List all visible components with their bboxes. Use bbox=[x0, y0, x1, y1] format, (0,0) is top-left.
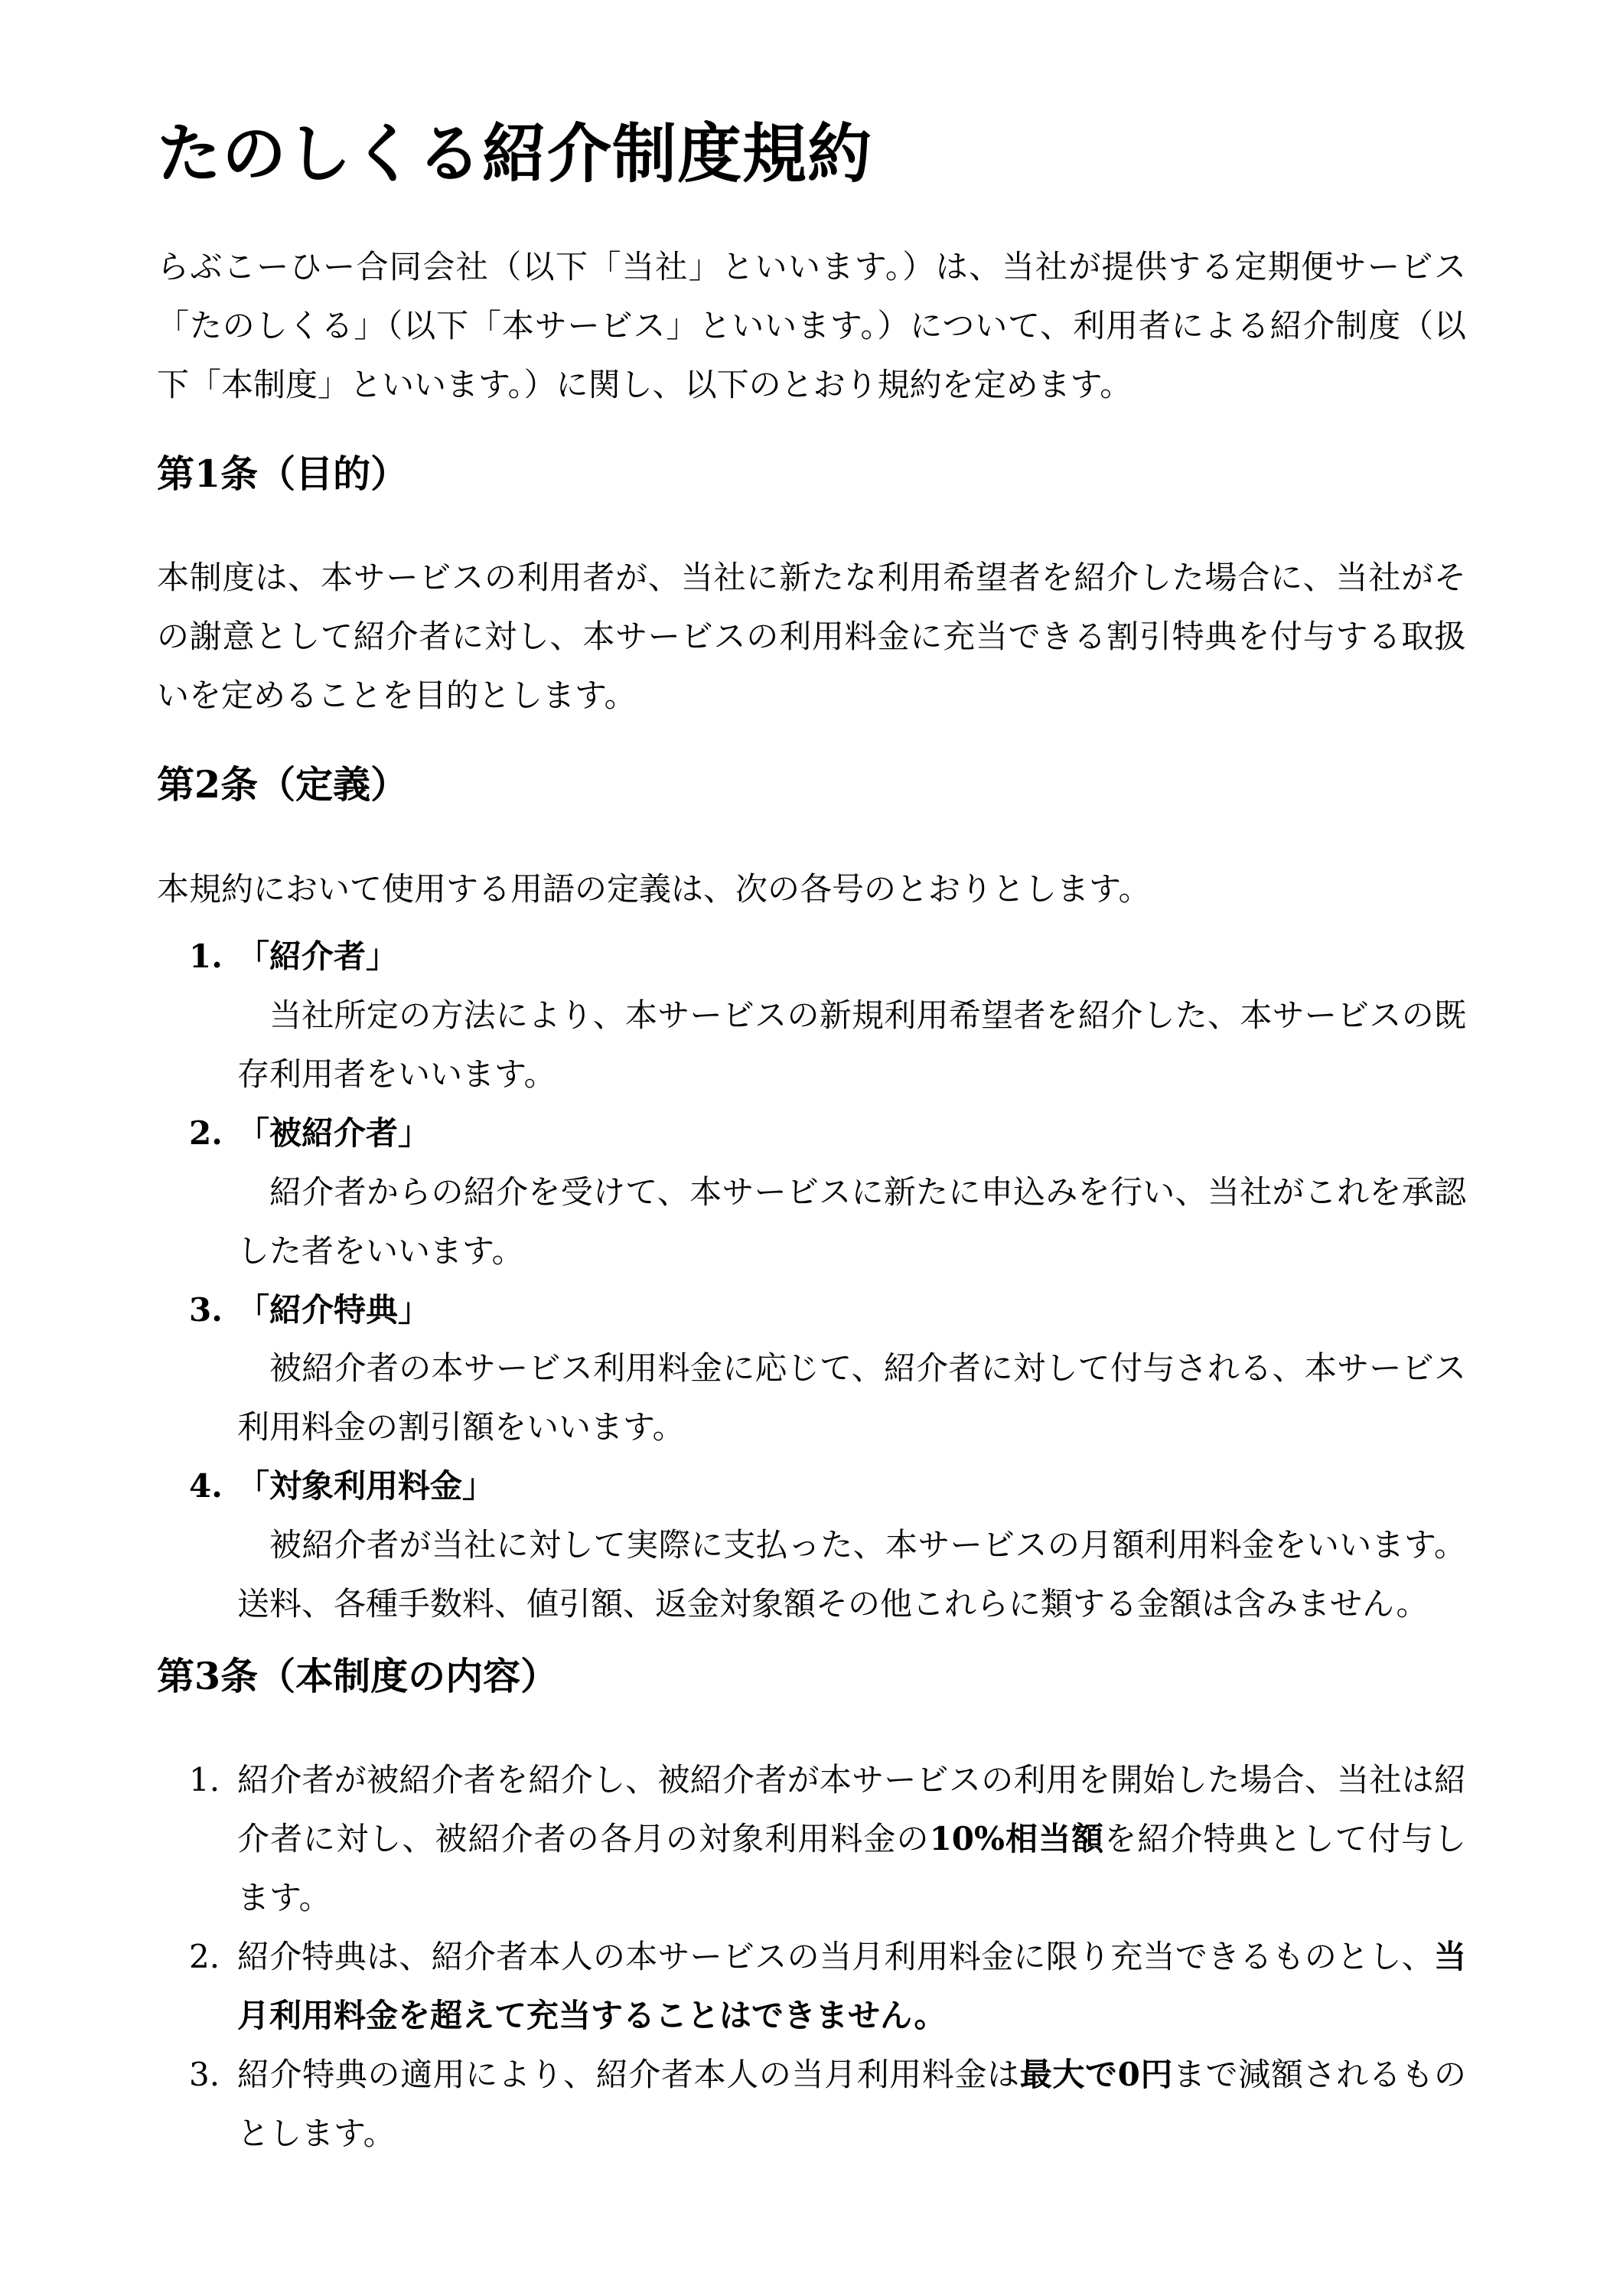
definition-term: 「対象利用料金」 bbox=[237, 1457, 1466, 1516]
intro-paragraph: らぶこーひー合同会社（以下「当社」といいます。）は、当社が提供する定期便サービス… bbox=[157, 238, 1466, 415]
emphasis-text: 最大で0円 bbox=[1020, 2056, 1173, 2093]
definition-term: 「紹介特典」 bbox=[237, 1281, 1466, 1340]
page-title: たのしくる紹介制度規約 bbox=[157, 113, 1466, 194]
definition-item: 3. 「紹介特典」 被紹介者の本サービス利用料金に応じて、紹介者に対して付与され… bbox=[157, 1281, 1466, 1458]
definition-description: 紹介者からの紹介を受けて、本サービスに新たに申込みを行い、当社がこれを承認した者… bbox=[237, 1163, 1466, 1281]
clause-text: 紹介者が被紹介者を紹介し、被紹介者が本サービスの利用を開始した場合、当社は紹介者… bbox=[237, 1751, 1466, 1928]
article-2: 第2条（定義） 本規約において使用する用語の定義は、次の各号のとおりとします。 … bbox=[157, 761, 1466, 1634]
list-number: 4. bbox=[157, 1457, 237, 1516]
definition-description: 被紹介者が当社に対して実際に支払った、本サービスの月額利用料金をいいます。送料、… bbox=[237, 1516, 1466, 1634]
list-number: 1. bbox=[157, 1751, 237, 1810]
clause-item: 2. 紹介特典は、紹介者本人の本サービスの当月利用料金に限り充当できるものとし、… bbox=[157, 1928, 1466, 2046]
definitions-list: 1. 「紹介者」 当社所定の方法により、本サービスの新規利用希望者を紹介した、本… bbox=[157, 928, 1466, 1633]
definition-term: 「被紹介者」 bbox=[237, 1104, 1466, 1163]
list-number: 2. bbox=[157, 1928, 237, 1987]
list-number: 1. bbox=[157, 928, 237, 987]
definition-item: 2. 「被紹介者」 紹介者からの紹介を受けて、本サービスに新たに申込みを行い、当… bbox=[157, 1104, 1466, 1281]
definition-item: 1. 「紹介者」 当社所定の方法により、本サービスの新規利用希望者を紹介した、本… bbox=[157, 928, 1466, 1104]
list-number: 2. bbox=[157, 1104, 237, 1163]
list-number: 3. bbox=[157, 1281, 237, 1340]
article-1: 第1条（目的） 本制度は、本サービスの利用者が、当社に新たな利用希望者を紹介した… bbox=[157, 450, 1466, 726]
clause-text: 紹介特典の適用により、紹介者本人の当月利用料金は最大で0円まで減額されるものとし… bbox=[237, 2046, 1466, 2164]
clause-item: 1. 紹介者が被紹介者を紹介し、被紹介者が本サービスの利用を開始した場合、当社は… bbox=[157, 1751, 1466, 1928]
definition-term: 「紹介者」 bbox=[237, 928, 1466, 987]
article-1-heading: 第1条（目的） bbox=[157, 450, 1466, 499]
article-3-list: 1. 紹介者が被紹介者を紹介し、被紹介者が本サービスの利用を開始した場合、当社は… bbox=[157, 1751, 1466, 2163]
article-3-heading: 第3条（本制度の内容） bbox=[157, 1652, 1466, 1701]
article-2-body: 本規約において使用する用語の定義は、次の各号のとおりとします。 bbox=[157, 860, 1466, 919]
article-1-body: 本制度は、本サービスの利用者が、当社に新たな利用希望者を紹介した場合に、当社がそ… bbox=[157, 549, 1466, 726]
article-2-heading: 第2条（定義） bbox=[157, 761, 1466, 810]
clause-text: 紹介特典は、紹介者本人の本サービスの当月利用料金に限り充当できるものとし、当月利… bbox=[237, 1928, 1466, 2046]
definition-description: 被紹介者の本サービス利用料金に応じて、紹介者に対して付与される、本サービス利用料… bbox=[237, 1339, 1466, 1457]
emphasis-text: 10%相当額 bbox=[930, 1820, 1105, 1857]
document-page: たのしくる紹介制度規約 らぶこーひー合同会社（以下「当社」といいます。）は、当社… bbox=[0, 0, 1623, 2296]
definition-item: 4. 「対象利用料金」 被紹介者が当社に対して実際に支払った、本サービスの月額利… bbox=[157, 1457, 1466, 1634]
article-3: 第3条（本制度の内容） 1. 紹介者が被紹介者を紹介し、被紹介者が本サービスの利… bbox=[157, 1652, 1466, 2164]
clause-item: 3. 紹介特典の適用により、紹介者本人の当月利用料金は最大で0円まで減額されるも… bbox=[157, 2046, 1466, 2164]
list-number: 3. bbox=[157, 2046, 237, 2105]
definition-description: 当社所定の方法により、本サービスの新規利用希望者を紹介した、本サービスの既存利用… bbox=[237, 987, 1466, 1104]
